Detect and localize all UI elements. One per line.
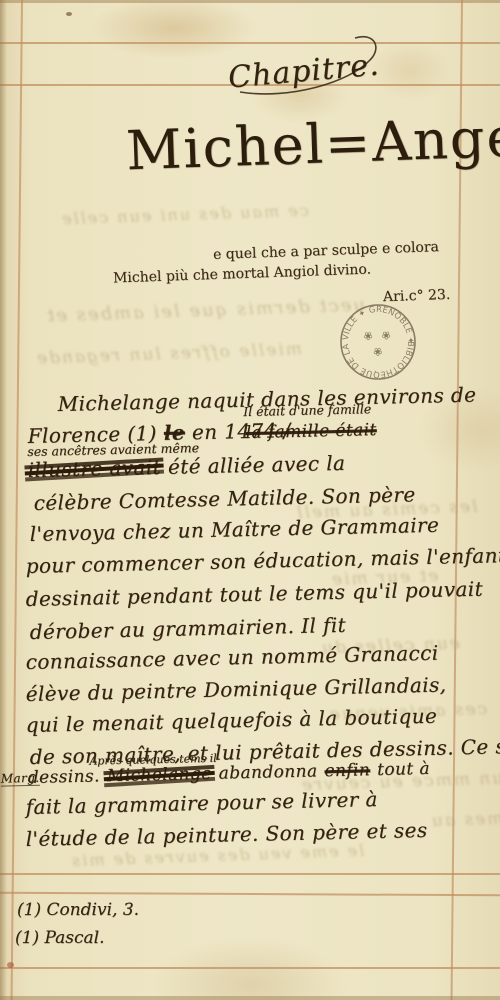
body-line-13-text: tout à (377, 759, 430, 780)
pen-flourish (200, 30, 400, 120)
body-line-14: fait la grammaire pour se livrer à (25, 787, 378, 819)
ghost-bleedthrough: uect dermis que lei ambes et (45, 294, 366, 326)
ruled-line-footer-2 (0, 892, 500, 897)
struck-text: Michelange (107, 764, 212, 786)
page-title-text: Michel=Ange (125, 106, 500, 183)
ghost-bleedthrough: ce mau des uni eun celle (60, 201, 309, 229)
body-line-5: l'envoya chez un Maître de Grammaire (29, 513, 439, 546)
page-edge-top (0, 0, 500, 3)
struck-text: enfin (324, 760, 370, 781)
body-line-15: l'étude de la peinture. Son père et ses (25, 818, 427, 851)
body-line-7: dessinait pendant tout le tems qu'il pou… (25, 577, 483, 611)
margin-rule-left (11, 0, 23, 1000)
epigraph-line-1: e quel che a par sculpe e colora (213, 239, 439, 263)
rosette-icon: ❀ (363, 329, 373, 342)
footnote-1: (1) Condivi, 3. (17, 900, 139, 920)
body-line-13-text: abandonna (218, 761, 317, 783)
ink-speck (7, 962, 14, 968)
svg-text:BIBLIOTHÈQUE DE LA VILLE ✦ GRE: BIBLIOTHÈQUE DE LA VILLE ✦ GRENOBLE ✦ (339, 303, 418, 383)
footnote-2: (1) Pascal. (15, 928, 105, 948)
struck-text: la famille était (245, 420, 376, 443)
library-stamp: BIBLIOTHÈQUE DE LA VILLE ✦ GRENOBLE ✦ ❀ … (326, 290, 429, 393)
ink-speck (66, 12, 72, 16)
stamp-ring-text: BIBLIOTHÈQUE DE LA VILLE ✦ GRENOBLE ✦ (339, 303, 418, 383)
page-title: Michel=Ange(1) (125, 105, 500, 183)
body-line-8: dérober au grammairien. Il fit (29, 613, 346, 644)
manuscript-page: ce mau des uni eun celle uect dermis que… (0, 0, 500, 1000)
body-line-10: élève du peintre Dominique Grillandais, (25, 672, 446, 706)
struck-text: illustre avait (27, 455, 161, 482)
rosette-icon: ❀ (373, 345, 383, 358)
interline-insertion: Il était d'une famille (243, 401, 371, 419)
ghost-bleedthrough: mes au (430, 809, 500, 832)
ruled-line-bottom (0, 967, 500, 969)
body-line-3: ses ancêtres avaient même illustre avait… (27, 451, 352, 482)
ruled-line-footer-1 (0, 873, 500, 875)
page-edge-left (0, 0, 7, 1000)
rosette-icon: ❀ (381, 329, 391, 342)
body-line-9: connaissance avec un nommé Granacci (25, 641, 438, 674)
epigraph-line-2: Michel più che mortal Angiol divino. (113, 262, 371, 287)
ghost-bleedthrough: mielle offres lun regande (35, 339, 302, 368)
page-edge-bottom (0, 996, 500, 1000)
margin-note: Marg. (1, 771, 40, 787)
body-line-11: qui le menait quelquefois à la boutique (25, 704, 437, 737)
